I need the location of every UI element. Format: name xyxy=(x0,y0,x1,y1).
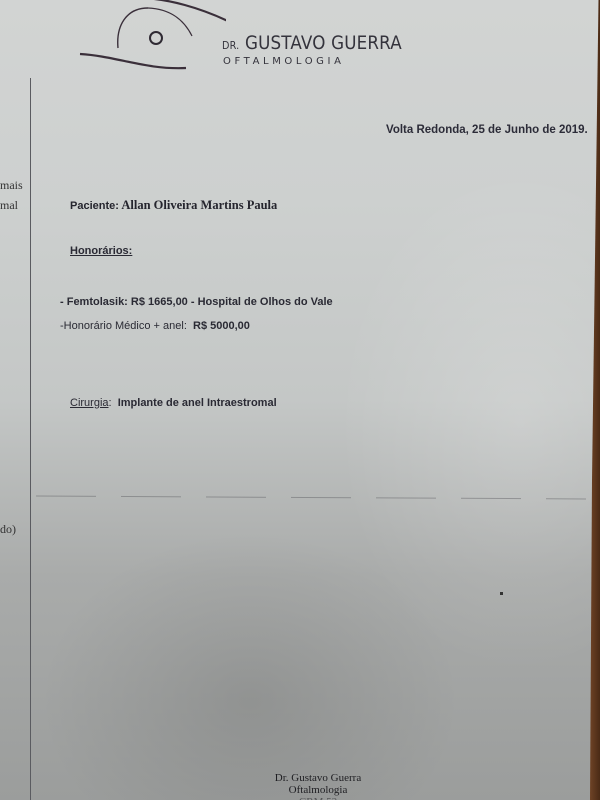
signature-block: Dr. Gustavo Guerra Oftalmologia CRM 52 xyxy=(0,772,600,800)
surgery-line: Cirurgia: Implante de anel Intraestromal xyxy=(70,397,277,409)
adjacent-page-text: mais xyxy=(0,178,23,193)
surgery-value: Implante de anel Intraestromal xyxy=(118,397,277,409)
fee-item: - Femtolasik: R$ 1665,00 - Hospital de O… xyxy=(60,296,333,308)
adjacent-page-text: mal xyxy=(0,198,18,213)
specialty: OFTALMOLOGIA xyxy=(223,56,345,67)
fee-amount: R$ 5000,00 xyxy=(193,320,250,332)
signature-crm: CRM 52 xyxy=(18,796,600,800)
page-edge-line xyxy=(30,78,31,800)
signature-name: Dr. Gustavo Guerra xyxy=(18,772,600,784)
date-line: Volta Redonda, 25 de Junho de 2019. xyxy=(386,124,588,136)
paper-fold-line xyxy=(36,496,586,500)
surgery-label: Cirurgia xyxy=(70,397,109,409)
patient-label: Paciente: xyxy=(70,200,119,212)
signature-specialty: Oftalmologia xyxy=(18,784,600,796)
patient-line: Paciente: Allan Oliveira Martins Paula xyxy=(70,198,277,213)
adjacent-page-text: do) xyxy=(0,522,16,537)
patient-name: Allan Oliveira Martins Paula xyxy=(121,198,277,212)
fees-heading: Honorários: xyxy=(70,245,132,257)
fee-item: -Honorário Médico + anel: R$ 5000,00 xyxy=(60,320,250,332)
letterhead: DR. GUSTAVO GUERRA OFTALMOLOGIA xyxy=(76,0,376,82)
fee-amount: R$ 1665,00 xyxy=(131,296,188,308)
doctor-name: DR. GUSTAVO GUERRA xyxy=(222,32,402,54)
eye-icon xyxy=(76,0,226,82)
table-background xyxy=(590,0,600,800)
paper-speck xyxy=(500,592,503,595)
